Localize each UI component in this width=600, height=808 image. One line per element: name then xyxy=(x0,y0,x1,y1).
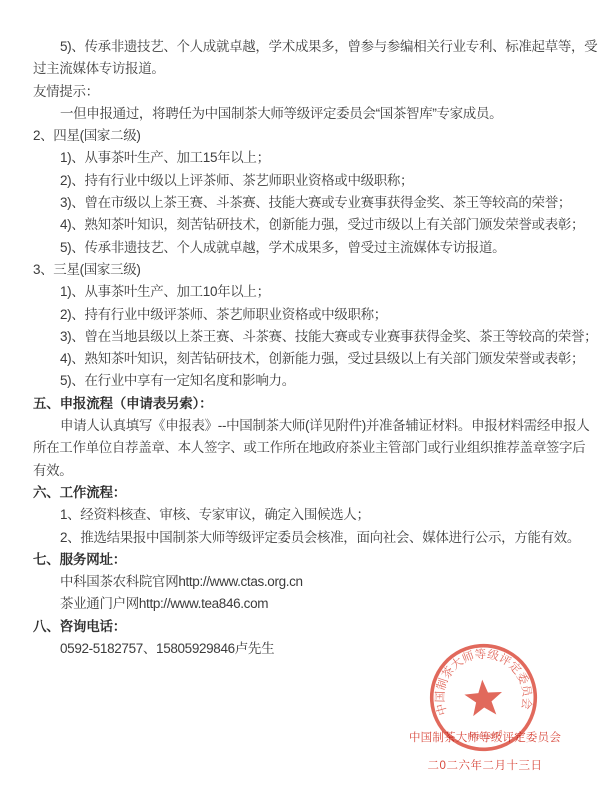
document-line: 4)、熟知茶叶知识，刻苦钻研技术，创新能力强，受过县级以上有关部门颁发荣誉或表彰… xyxy=(33,348,572,370)
document-line: 中科国茶农科院官网http://www.ctas.org.cn xyxy=(33,571,572,593)
document-line: 所在工作单位自荐盖章、本人签字、或工作所在地政府茶业主管部门或行业组织推荐盖章签… xyxy=(33,437,572,459)
red-star-icon xyxy=(463,678,503,716)
document-line: 4)、熟知茶叶知识，刻苦钻研技术，创新能力强，受过市级以上有关部门颁发荣誉或表彰… xyxy=(33,214,572,236)
document-line: 1)、从事茶叶生产、加工10年以上； xyxy=(33,281,572,303)
document-line: 一但申报通过，将聘任为中国制茶大师等级评定委员会“国茶智库”专家成员。 xyxy=(33,103,572,125)
document-line: 有效。 xyxy=(33,460,572,482)
section-heading: 五、申报流程（申请表另索）： xyxy=(33,393,572,415)
document-line: 友情提示： xyxy=(33,81,572,103)
signature-committee-name: 中国制茶大师等级评定委员会 xyxy=(404,729,566,745)
signature-date: 二0二六年二月十三日 xyxy=(404,757,566,773)
document-line: 1、经资料核查、审核、专家审议，确定入围候选人； xyxy=(33,504,572,526)
document-line: 3)、曾在当地县级以上茶王赛、斗茶赛、技能大赛或专业赛事获得金奖、茶王等较高的荣… xyxy=(33,326,572,348)
document-line: 5)、传承非遗技艺、个人成就卓越，学术成果多，曾参与参编相关行业专利、标准起草等… xyxy=(33,36,572,58)
document-line: 0592-5182757、15805929846卢先生 xyxy=(33,638,572,660)
document-page: 5)、传承非遗技艺、个人成就卓越，学术成果多，曾参与参编相关行业专利、标准起草等… xyxy=(0,0,600,808)
document-line: 过主流媒体专访报道。 xyxy=(33,58,572,80)
section-heading: 八、咨询电话： xyxy=(33,616,572,638)
document-line: 2)、持有行业中级以上评茶师、茶艺师职业资格或中级职称； xyxy=(33,170,572,192)
document-line: 3、三星(国家三级) xyxy=(33,259,572,281)
document-body: 5)、传承非遗技艺、个人成就卓越，学术成果多，曾参与参编相关行业专利、标准起草等… xyxy=(0,0,600,660)
document-line: 2)、持有行业中级评茶师、茶艺师职业资格或中级职称； xyxy=(33,304,572,326)
document-line: 5)、在行业中享有一定知名度和影响力。 xyxy=(33,370,572,392)
section-heading: 七、服务网址： xyxy=(33,549,572,571)
document-line: 2、推选结果报中国制茶大师等级评定委员会核准，面向社会、媒体进行公示，方能有效。 xyxy=(33,527,572,549)
document-line: 申请人认真填写《申报表》--中国制茶大师(详见附件)并准备辅证材料。申报材料需经… xyxy=(33,415,572,437)
document-line: 5)、传承非遗技艺、个人成就卓越，学术成果多，曾受过主流媒体专访报道。 xyxy=(33,237,572,259)
document-line: 1)、从事茶叶生产、加工15年以上； xyxy=(33,147,572,169)
section-heading: 六、工作流程： xyxy=(33,482,572,504)
document-line: 2、四星(国家二级) xyxy=(33,125,572,147)
document-line: 3)、曾在市级以上茶王赛、斗茶赛、技能大赛或专业赛事获得金奖、茶王等较高的荣誉； xyxy=(33,192,572,214)
document-line: 茶业通门户网http://www.tea846.com xyxy=(33,593,572,615)
